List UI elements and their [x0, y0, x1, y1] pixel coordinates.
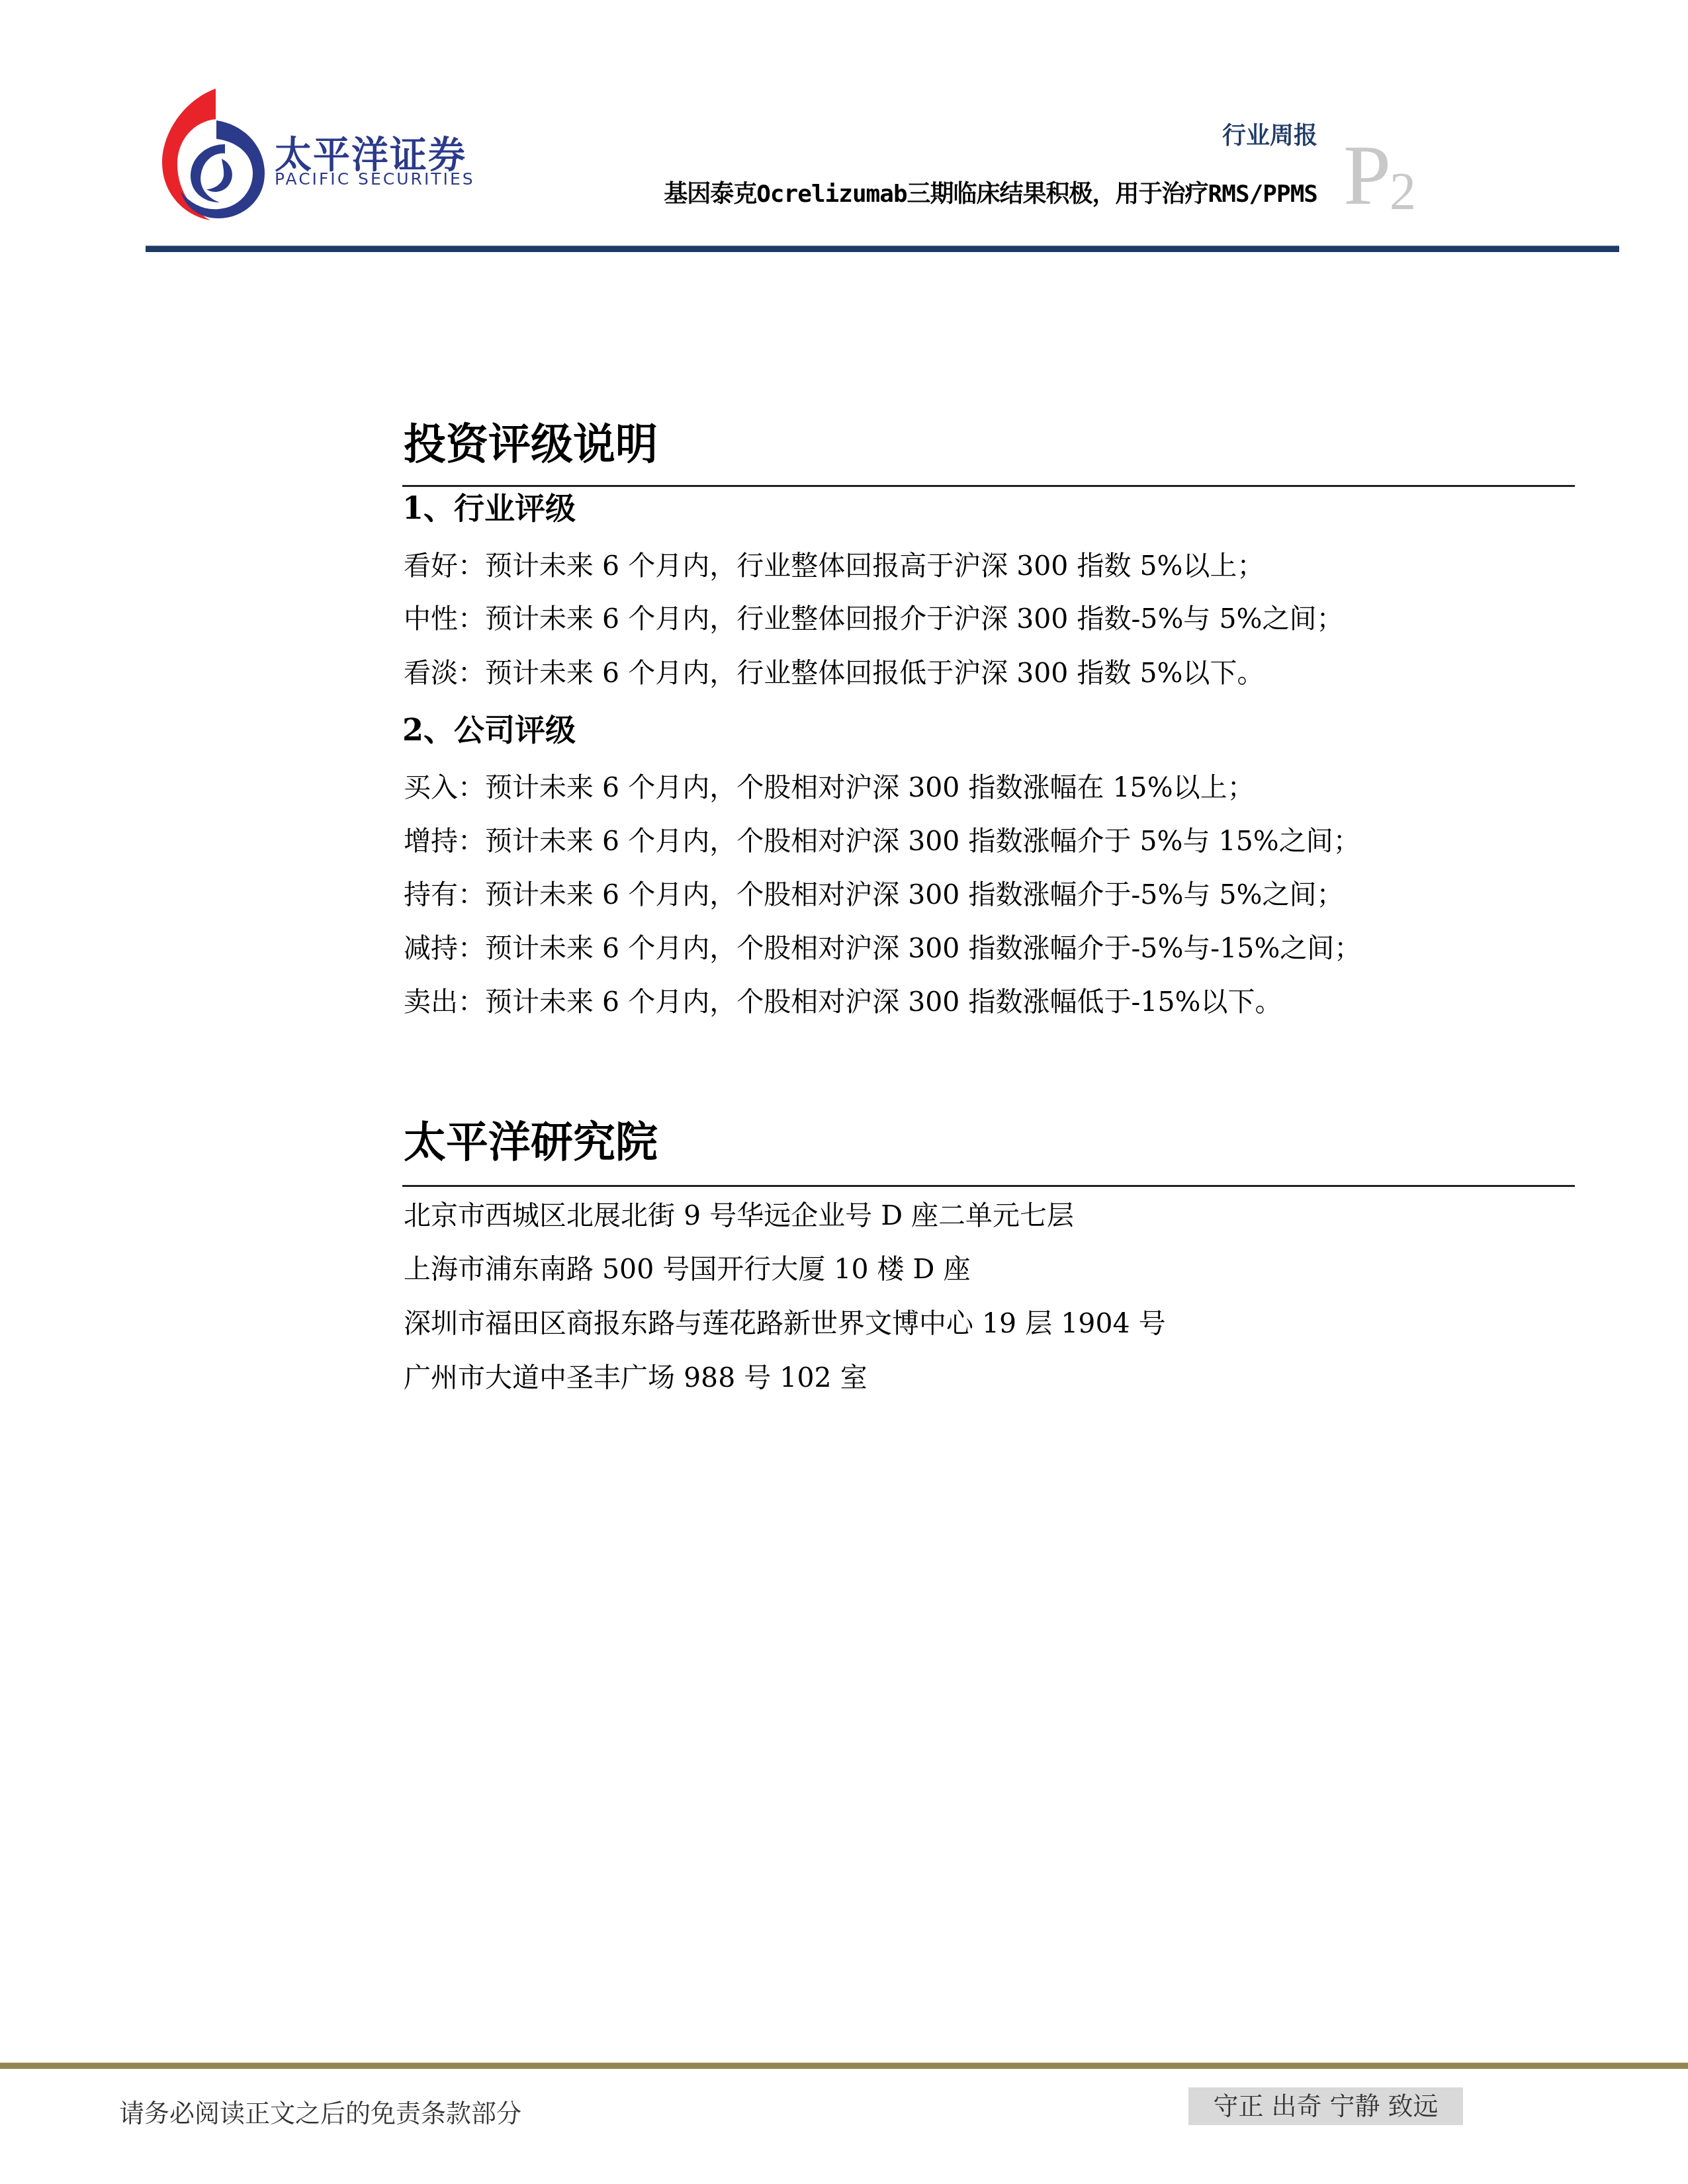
industry-rating-item: 看淡：预计未来 6 个月内，行业整体回报低于沪深 300 指数 5%以下。: [404, 660, 1265, 687]
disclaimer-note: 请务必阅读正文之后的免责条款部分: [119, 2093, 521, 2129]
address-item: 北京市西城区北展北街 9 号华远企业号 D 座二单元七层: [404, 1202, 1074, 1229]
industry-rating-item: 看好：预计未来 6 个月内，行业整体回报高于沪深 300 指数 5%以上；: [404, 552, 1265, 580]
company-rating-item: 增持：预计未来 6 个月内，个股相对沪深 300 指数涨幅介于 5%与 15%之…: [404, 828, 1360, 855]
company-rating-item: 买入：预计未来 6 个月内，个股相对沪深 300 指数涨幅在 15%以上；: [404, 774, 1255, 801]
pacific-securities-logo-icon: [159, 86, 271, 225]
header-divider: [146, 245, 1619, 252]
report-type: 行业周报: [1222, 117, 1317, 151]
company-motto: 守正 出奇 宁静 致远: [1188, 2087, 1463, 2125]
page-number: 2: [1390, 165, 1416, 218]
institute-section-divider: [402, 1185, 1575, 1187]
logo-name-en: PACIFIC SECURITIES: [275, 169, 475, 189]
address-item: 广州市大道中圣丰广场 988 号 102 室: [404, 1364, 867, 1391]
company-rating-item: 减持：预计未来 6 个月内，个股相对沪深 300 指数涨幅介于-5%与-15%之…: [404, 935, 1361, 962]
company-rating-item: 卖出：预计未来 6 个月内，个股相对沪深 300 指数涨幅低于-15%以下。: [404, 988, 1282, 1016]
footer-divider: [0, 2062, 1688, 2069]
rating-section-title: 投资评级说明: [404, 423, 658, 466]
address-item: 上海市浦东南路 500 号国开行大厦 10 楼 D 座: [404, 1256, 971, 1283]
company-rating-item: 持有：预计未来 6 个月内，个股相对沪深 300 指数涨幅介于-5%与 5%之间…: [404, 881, 1343, 908]
address-item: 深圳市福田区商报东路与莲花路新世界文博中心 19 层 1904 号: [404, 1310, 1166, 1337]
rating-section-divider: [402, 485, 1575, 487]
company-rating-heading: 2、公司评级: [402, 715, 576, 745]
industry-rating-heading: 1、行业评级: [402, 493, 576, 523]
institute-section-title: 太平洋研究院: [404, 1121, 658, 1164]
report-title: 基因泰克Ocrelizumab三期临床结果积极，用于治疗RMS/PPMS: [664, 175, 1317, 209]
industry-rating-item: 中性：预计未来 6 个月内，行业整体回报介于沪深 300 指数-5%与 5%之间…: [404, 605, 1343, 633]
page-label: P: [1343, 132, 1391, 218]
